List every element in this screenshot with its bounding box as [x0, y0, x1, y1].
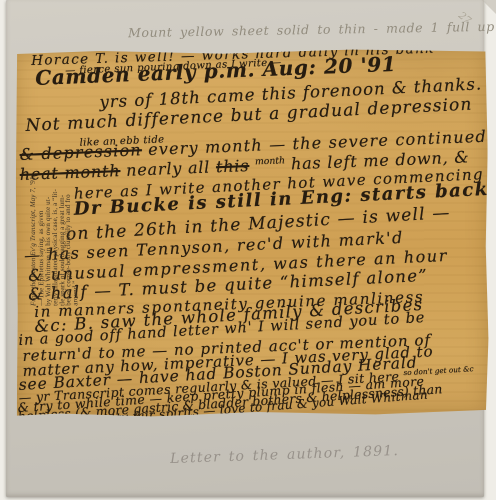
newspaper-clipping: From the Boston Ev'g Transcript, May 7, … [30, 156, 79, 306]
clipping-line: From the Boston Ev'g Transcript, May 7, … [30, 156, 37, 306]
curator-note-top: Mount yellow sheet solid to thin - made … [128, 19, 495, 40]
clipping-line: around.” [72, 156, 79, 306]
manuscript-scan: Mount yellow sheet solid to thin - made … [0, 0, 496, 500]
curator-note-bottom: Letter to the author, 1891. [170, 443, 400, 467]
page-corner-artifact [482, 0, 496, 14]
mount-sheet: Mount yellow sheet solid to thin - made … [6, 0, 484, 497]
letter-body: Horace T. is well! — works hard daily in… [15, 49, 489, 417]
letter-paper: Horace T. is well! — works hard daily in… [15, 49, 489, 417]
